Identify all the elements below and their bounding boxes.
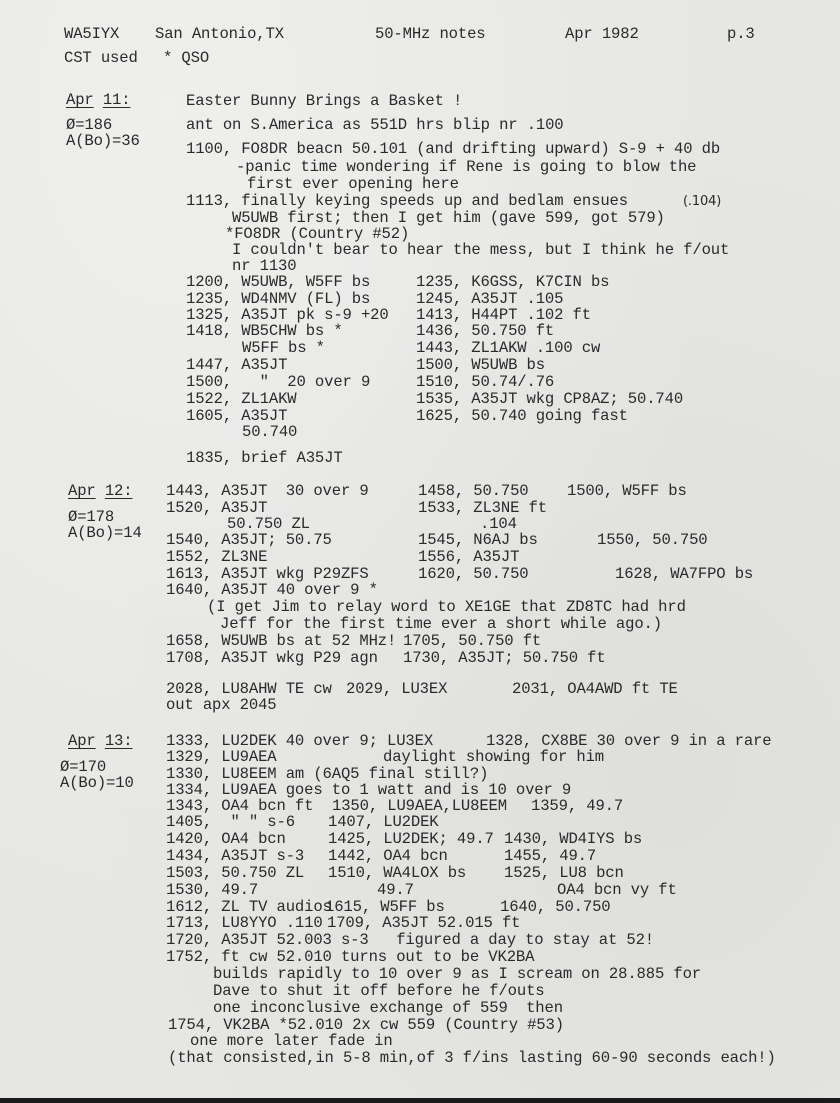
log-line: 1113, finally keying speeds up and bedla… — [186, 193, 628, 210]
log-line: 1235, K6GSS, K7CIN bs — [416, 274, 609, 291]
log-line: 1708, A35JT wkg P29 agn — [166, 650, 378, 667]
log-line: Dave to shut it off before he f/outs — [213, 983, 544, 1000]
log-line: 1434, A35JT s-3 — [166, 848, 304, 865]
log-line: 1530, 49.7 — [166, 882, 258, 899]
log-line: 1359, 49.7 — [531, 798, 623, 815]
log-line: 1458, 50.750 — [418, 483, 529, 500]
day-headline: Easter Bunny Brings a Basket ! — [186, 93, 462, 110]
log-line: Jeff for the first time ever a short whi… — [220, 616, 662, 633]
legend-qso: * QSO — [163, 50, 209, 67]
log-line: 2029, LU3EX — [346, 681, 447, 698]
a-index: A(Bo)=10 — [60, 775, 134, 792]
log-line: daylight showing for him — [383, 749, 604, 766]
log-line: 50.740 — [242, 424, 297, 441]
log-line: 1720, A35JT 52.003 s-3 figured a day to … — [166, 932, 654, 949]
log-line: 1503, 50.750 ZL — [166, 865, 304, 882]
log-line: 1525, LU8 bcn — [504, 865, 624, 882]
day-date: Apr 11: — [66, 92, 130, 109]
a-index: A(Bo)=36 — [66, 133, 140, 150]
log-line: 1620, 50.750 — [418, 566, 529, 583]
callsign: WA5IYX — [64, 26, 119, 43]
log-line: 1540, A35JT; 50.75 — [166, 532, 332, 549]
log-line: 1418, WB5CHW bs * — [186, 323, 343, 340]
log-line: 1443, ZL1AKW .100 cw — [416, 340, 600, 357]
log-line: 1500, " 20 over 9 — [186, 374, 370, 391]
log-line: I couldn't bear to hear the mess, but I … — [232, 242, 729, 259]
log-line: 1713, LU8YYO .110 — [166, 915, 323, 932]
log-line: 1640, A35JT 40 over 9 * — [166, 582, 378, 599]
log-line: 1500, W5UWB bs — [416, 357, 545, 374]
log-line: 1405, " " s-6 — [166, 814, 295, 831]
log-line: 1752, ft cw 52.010 turns out to be VK2BA — [166, 949, 534, 966]
log-line: builds rapidly to 10 over 9 as I scream … — [213, 966, 701, 983]
log-line: OA4 bcn vy ft — [557, 882, 677, 899]
log-line: 1552, ZL3NE — [166, 549, 267, 566]
log-line: 1200, W5UWB, W5FF bs — [186, 274, 370, 291]
log-line: 1455, 49.7 — [504, 848, 596, 865]
log-line: 1709, A35JT 52.015 ft — [327, 915, 520, 932]
a-index: A(Bo)=14 — [68, 525, 142, 542]
log-line: first ever opening here — [247, 176, 459, 193]
log-line: 1510, 50.74/.76 — [416, 374, 554, 391]
log-line: 1443, A35JT 30 over 9 — [166, 483, 369, 500]
log-line: ant on S.America as 551D hrs blip nr .10… — [186, 117, 564, 134]
log-line: out apx 2045 — [166, 697, 277, 714]
page-number: p.3 — [727, 26, 755, 43]
document-title: 50-MHz notes — [375, 26, 486, 43]
log-line: 1420, OA4 bcn — [166, 831, 286, 848]
log-line: (I get Jim to relay word to XE1GE that Z… — [207, 599, 686, 616]
log-line: 1442, OA4 bcn — [328, 848, 448, 865]
log-line: 1522, ZL1AKW — [186, 391, 297, 408]
day-date: Apr 13: — [68, 733, 132, 750]
log-line: one inconclusive exchange of 559 then — [213, 1000, 563, 1017]
log-line: W5FF bs * — [242, 340, 325, 357]
page-edge — [0, 1098, 840, 1103]
log-line: 2031, OA4AWD ft TE — [512, 681, 678, 698]
log-line: 1658, W5UWB bs at 52 MHz! — [166, 633, 396, 650]
log-line: 1329, LU9AEA — [166, 749, 277, 766]
handwritten-note: (.104) — [683, 193, 721, 210]
log-line: 1100, FO8DR beacn 50.101 (and drifting u… — [186, 141, 720, 158]
log-line: 1730, A35JT; 50.750 ft — [403, 650, 606, 667]
log-line: 1430, WD4IYS bs — [504, 831, 642, 848]
log-line: 1447, A35JT — [186, 357, 287, 374]
log-line: 1625, 50.740 going fast — [416, 408, 628, 425]
log-line: 1556, A35JT — [418, 549, 519, 566]
log-line: 1407, LU2DEK — [328, 814, 439, 831]
log-line: -panic time wondering if Rene is going t… — [236, 159, 696, 176]
log-line: 1835, brief A35JT — [186, 450, 343, 467]
log-line: 1628, WA7FPO bs — [615, 566, 753, 583]
log-line: 1535, A35JT wkg CP8AZ; 50.740 — [416, 391, 683, 408]
log-line: 1545, N6AJ bs — [418, 532, 538, 549]
log-line: 1425, LU2DEK; 49.7 — [328, 831, 494, 848]
log-line: (that consisted,in 5-8 min,of 3 f/ins la… — [168, 1050, 776, 1067]
log-line: 1436, 50.750 ft — [416, 323, 554, 340]
day-date: Apr 12: — [68, 483, 132, 500]
log-line: 1510, WA4LOX bs — [328, 865, 466, 882]
log-line: one more later fade in — [190, 1033, 393, 1050]
typewritten-page: WA5IYX San Antonio,TX 50-MHz notes Apr 1… — [0, 0, 840, 1103]
log-line: 1705, 50.750 ft — [403, 633, 541, 650]
log-line: 1500, W5FF bs — [567, 483, 687, 500]
log-line: 1550, 50.750 — [597, 532, 708, 549]
location: San Antonio,TX — [155, 26, 284, 43]
log-line: 49.7 — [377, 882, 414, 899]
legend-time: CST used — [64, 50, 138, 67]
document-date: Apr 1982 — [565, 26, 639, 43]
